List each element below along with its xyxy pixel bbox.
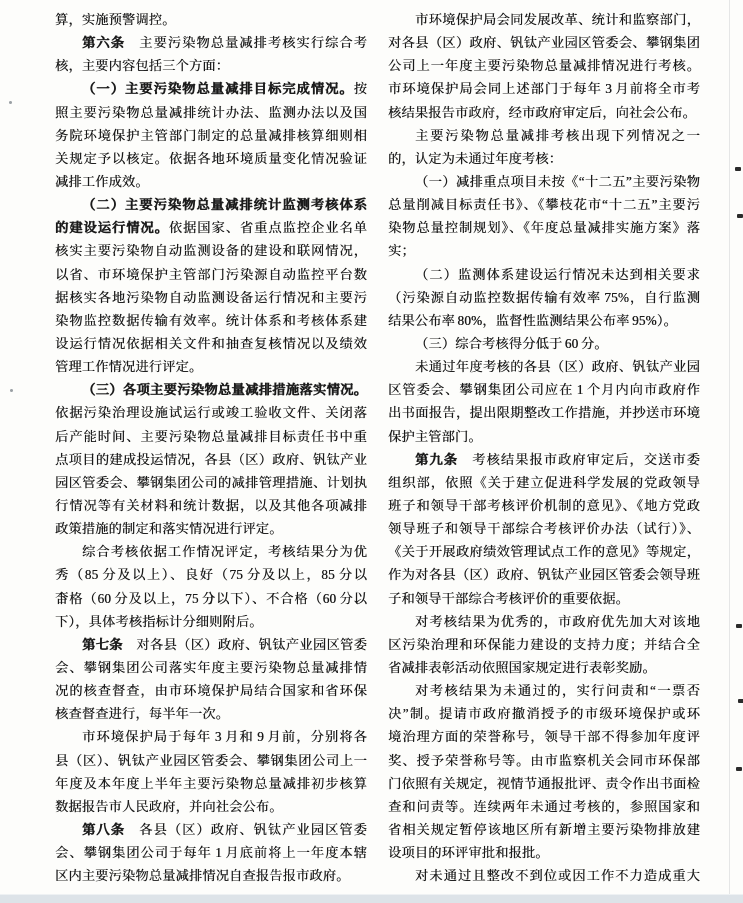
body-text: （二）监测体系建设运行情况未达到相关要求	[415, 267, 700, 282]
body-text: 组织部，依照《关于建立促进科学发展的党政领导	[388, 475, 700, 490]
body-text: 县（区）、钒钛产业园区管委会、攀钢集团公司上一	[55, 753, 367, 768]
text-line: 年度及本年度上半年主要污染物总量减排初步核算	[55, 772, 367, 795]
body-text: 务院环境保护主管部门制定的总量减排核算细则相	[55, 128, 367, 143]
text-line: 作为对各县（区）政府、钒钛产业园区管委会领导班	[388, 563, 700, 586]
bold-text: 的建设运行情况。	[55, 220, 169, 235]
text-line: 点项目的建成投运情况，各县（区）政府、钒钛产业	[55, 448, 367, 471]
body-text: 区污染治理和环保能力建设的支持力度；并结合全	[388, 637, 700, 652]
body-text: 综合考核依据工作情况评定，考核结果分为优	[82, 544, 367, 559]
text-line: 据核实各地污染物自动监测设备运行情况和主要污	[55, 286, 367, 309]
body-text: 子和领导干部综合考核评价的重要依据。	[388, 591, 629, 606]
body-text: 算，实施预警调控。	[55, 12, 176, 27]
text-line: 实；	[388, 239, 700, 262]
text-line: 区污染治理和环保能力建设的支持力度；并结合全	[388, 633, 700, 656]
body-text: 主要污染物总量减排考核实行综合考	[125, 35, 367, 50]
body-text: 查和问责等。连续两年未通过考核的，参照国家和	[388, 799, 700, 814]
text-line: 核结果报告市政府，经市政府审定后，向社会公布。	[388, 101, 700, 124]
body-text: 关规定予以核定。依据各地环境质量变化情况验证	[55, 151, 367, 166]
document-page: 算，实施预警调控。第六条 主要污染物总量减排考核实行综合考核，主要内容包括三个方…	[0, 0, 743, 903]
body-text: 各县（区）政府、钒钛产业园区管委	[125, 822, 367, 837]
scan-speck	[10, 389, 13, 392]
body-text: 按	[354, 81, 367, 96]
text-line: 未通过年度考核的各县（区）政府、钒钛产业园	[388, 355, 700, 378]
body-text: 会、攀钢集团公司于每年 1 月底前将上一年度本辖	[55, 845, 367, 860]
text-line: 对未通过且整改不到位或因工作不力造成重大	[388, 864, 700, 887]
body-text: 政策措施的制定和落实情况进行评定。	[55, 521, 283, 536]
body-text: 作为对各县（区）政府、钒钛产业园区管委会领导班	[388, 567, 700, 582]
text-line: 市环境保护局会同上述部门于每年 3 月前将全市考	[388, 77, 700, 100]
body-text: 下），具体考核指标计分细则附后。	[55, 614, 263, 629]
body-text: 结果公布率 80%，监督性监测结果公布率 95%）。	[388, 313, 677, 328]
text-line: 依据污染治理设施试运行或竣工验收文件、关闭落	[55, 401, 367, 424]
body-text: 核结果报告市政府，经市政府审定后，向社会公布。	[388, 105, 696, 120]
text-line: 省减排表彰活动依照国家规定进行表彰奖励。	[388, 656, 700, 679]
body-text: 实；	[388, 243, 415, 258]
text-column-left: 算，实施预警调控。第六条 主要污染物总量减排考核实行综合考核，主要内容包括三个方…	[55, 8, 367, 887]
text-line: 对考核结果为未通过的，实行问责和“一票否	[388, 679, 700, 702]
body-text: 况的核查督查，由市环境保护局结合国家和省环保	[55, 683, 367, 698]
body-text: （一）减排重点项目未按《“十二五”主要污染物	[415, 174, 700, 189]
text-line: 减排工作成效。	[55, 170, 367, 193]
scan-edge-line	[729, 0, 730, 903]
text-line: 政策措施的制定和落实情况进行评定。	[55, 517, 367, 540]
text-line: （三）综合考核得分低于 60 分。	[388, 332, 700, 355]
text-line: （二）主要污染物总量减排统计监测考核体系	[55, 193, 367, 216]
text-line: 公司上一年度主要污染物总量减排情况进行考核。	[388, 54, 700, 77]
text-line: 第八条 各县（区）政府、钒钛产业园区管委	[55, 818, 367, 841]
text-line: 组织部，依照《关于建立促进科学发展的党政领导	[388, 471, 700, 494]
bold-text: 第九条	[415, 452, 458, 467]
bold-text: （三）各项主要污染物总量减排措施落实情况。	[82, 382, 367, 397]
text-line: 核实主要污染物自动监测设备的建设和联网情况，	[55, 239, 367, 262]
body-text: 对各县（区）政府、钒钛产业园区管委	[123, 637, 367, 652]
body-text: 设运行情况依据相关文件和抽查复核情况以及绩效	[55, 336, 367, 351]
body-text: （三）综合考核得分低于 60 分。	[415, 336, 608, 351]
body-text: 核查督查进行，每半年一次。	[55, 706, 229, 721]
text-line: 以省、市环境保护主管部门污染源自动监控平台数	[55, 263, 367, 286]
text-line: 会、攀钢集团公司落实年度主要污染物总量减排情	[55, 656, 367, 679]
text-line: 第九条 考核结果报市政府审定后，交送市委	[388, 448, 700, 471]
bold-text: 第八条	[82, 822, 125, 837]
body-text: 省减排表彰活动依照国家规定进行表彰奖励。	[388, 660, 656, 675]
body-text: （污染源自动监控数据传输有效率 75%，自行监测	[388, 290, 700, 305]
body-text: 照主要污染物总量减排统计办法、监测办法以及国	[55, 105, 367, 120]
body-text: 减排工作成效。	[55, 174, 149, 189]
body-text: 染物总量控制规划》、《年度总量减排实施方案》落	[388, 220, 700, 235]
text-line: 务院环境保护主管部门制定的总量减排核算细则相	[55, 124, 367, 147]
body-text: 对未通过且整改不到位或因工作不力造成重大	[415, 868, 700, 883]
body-text: 公司上一年度主要污染物总量减排情况进行考核。	[388, 58, 700, 73]
body-text: 会、攀钢集团公司落实年度主要污染物总量减排情	[55, 660, 367, 675]
text-line: 的建设运行情况。依据国家、省重点监控企业名单	[55, 216, 367, 239]
scan-mark	[735, 167, 741, 171]
text-column-right: 市环境保护局会同发展改革、统计和监察部门，对各县（区）政府、钒钛产业园区管委会、…	[388, 8, 700, 887]
body-text: 核，主要内容包括三个方面：	[55, 58, 229, 73]
body-text: 对各县（区）政府、钒钛产业园区管委会、攀钢集团	[388, 35, 700, 50]
text-line: 后产能时间、主要污染物总量减排目标责任书中重	[55, 425, 367, 448]
text-line: 主要污染物总量减排考核出现下列情况之一	[388, 124, 700, 147]
text-line: 秀（85 分及以上）、良好（75 分及以上，85 分以下）、	[55, 563, 367, 586]
body-text: 出书面报告，提出限期整改工作措施，并抄送市环境	[388, 405, 700, 420]
body-text: 年度及本年度上半年主要污染物总量减排初步核算	[55, 776, 367, 791]
text-line: 园区管委会、攀钢集团公司的减排管理措施、计划执	[55, 471, 367, 494]
text-line: 照主要污染物总量减排统计办法、监测办法以及国	[55, 101, 367, 124]
scan-mark	[736, 624, 742, 628]
text-line: 下），具体考核指标计分细则附后。	[55, 610, 367, 633]
text-line: 染物总量控制规划》、《年度总量减排实施方案》落	[388, 216, 700, 239]
scan-mark	[736, 767, 742, 771]
text-line: 区内主要污染物总量减排情况自查报告报市政府。	[55, 864, 367, 887]
text-line: 核，主要内容包括三个方面：	[55, 54, 367, 77]
scan-mark	[737, 214, 743, 218]
body-text: 决”制。提请市政府撤消授予的市级环境保护或环	[388, 706, 700, 721]
bold-text: 第六条	[82, 35, 125, 50]
text-line: 区管委会、攀钢集团公司应在 1 个月内向市政府作	[388, 378, 700, 401]
body-text: 对考核结果为优秀的，市政府优先加大对该地	[415, 614, 700, 629]
text-line: （二）监测体系建设运行情况未达到相关要求	[388, 263, 700, 286]
text-line: 总量削减目标责任书》、《攀枝花市“十二五”主要污	[388, 193, 700, 216]
text-line: 行情况等有关材料和统计数据，以及其他各项减排	[55, 494, 367, 517]
text-line: 子和领导干部综合考核评价的重要依据。	[388, 587, 700, 610]
text-line: 的，认定为未通过年度考核：	[388, 147, 700, 170]
body-text: 以省、市环境保护主管部门污染源自动监控平台数	[55, 267, 367, 282]
text-line: 班子和领导干部考核评价机制的意见》、《地方党政	[388, 494, 700, 517]
text-line: （三）各项主要污染物总量减排措施落实情况。	[55, 378, 367, 401]
text-line: 对各县（区）政府、钒钛产业园区管委会、攀钢集团	[388, 31, 700, 54]
text-line: 合格（60 分及以上，75 分以下）、不合格（60 分以	[55, 587, 367, 610]
body-text: 班子和领导干部考核评价机制的意见》、《地方党政	[388, 498, 700, 513]
text-line: 关规定予以核定。依据各地环境质量变化情况验证	[55, 147, 367, 170]
text-line: 核查督查进行，每半年一次。	[55, 702, 367, 725]
scan-speck	[9, 101, 12, 104]
body-text: 领导班子和领导干部综合考核评价办法（试行）》、	[388, 521, 700, 536]
bold-text: （二）主要污染物总量减排统计监测考核体系	[82, 197, 367, 212]
text-line: 县（区）、钒钛产业园区管委会、攀钢集团公司上一	[55, 749, 367, 772]
text-line: （污染源自动监控数据传输有效率 75%，自行监测	[388, 286, 700, 309]
body-text: 对考核结果为未通过的，实行问责和“一票否	[415, 683, 700, 698]
text-line: 领导班子和领导干部综合考核评价办法（试行）》、	[388, 517, 700, 540]
body-text: 区管委会、攀钢集团公司应在 1 个月内向市政府作	[388, 382, 700, 397]
body-text: 市环境保护局于每年 3 月和 9 月前，分别将各	[82, 729, 367, 744]
body-text: 未通过年度考核的各县（区）政府、钒钛产业园	[415, 359, 700, 374]
text-line: 况的核查督查，由市环境保护局结合国家和省环保	[55, 679, 367, 702]
text-line: 境治理方面的荣誉称号，领导干部不得参加年度评	[388, 725, 700, 748]
body-text: 奖、授予荣誉称号等。由市监察机关会同市环保部	[388, 753, 700, 768]
body-text: 市环境保护局会同发展改革、统计和监察部门，	[415, 12, 700, 27]
body-text: 依据国家、省重点监控企业名单	[169, 220, 367, 235]
body-text: 园区管委会、攀钢集团公司的减排管理措施、计划执	[55, 475, 367, 490]
body-text: 总量削减目标责任书》、《攀枝花市“十二五”主要污	[388, 197, 700, 212]
page-bottom-edge	[0, 894, 743, 903]
body-text: 据核实各地污染物自动监测设备运行情况和主要污	[55, 290, 367, 305]
bold-text: （一）主要污染物总量减排目标完成情况。	[82, 81, 354, 96]
body-text: 境治理方面的荣誉称号，领导干部不得参加年度评	[388, 729, 700, 744]
text-line: 综合考核依据工作情况评定，考核结果分为优	[55, 540, 367, 563]
text-line: 查和问责等。连续两年未通过考核的，参照国家和	[388, 795, 700, 818]
text-line: 出书面报告，提出限期整改工作措施，并抄送市环境	[388, 401, 700, 424]
text-line: 第七条 对各县（区）政府、钒钛产业园区管委	[55, 633, 367, 656]
body-text: 考核结果报市政府审定后，交送市委	[458, 452, 700, 467]
body-text: 合格（60 分及以上，75 分以下）、不合格（60 分以	[55, 591, 367, 606]
text-line: 管理工作情况进行评定。	[55, 355, 367, 378]
text-line: 《关于开展政府绩效管理试点工作的意见》等规定，	[388, 540, 700, 563]
text-line: 决”制。提请市政府撤消授予的市级环境保护或环	[388, 702, 700, 725]
body-text: 染物监控数据传输有效率。统计体系和考核体系建	[55, 313, 367, 328]
body-text: 区内主要污染物总量减排情况自查报告报市政府。	[55, 868, 350, 883]
body-text: 门依照有关规定，视情节通报批评、责令作出书面检	[388, 776, 700, 791]
text-line: 染物监控数据传输有效率。统计体系和考核体系建	[55, 309, 367, 332]
scan-mark	[738, 699, 743, 703]
body-text: 行情况等有关材料和统计数据，以及其他各项减排	[55, 498, 367, 513]
text-line: 结果公布率 80%，监督性监测结果公布率 95%）。	[388, 309, 700, 332]
body-text: 主要污染物总量减排考核出现下列情况之一	[415, 128, 700, 143]
body-text: 后产能时间、主要污染物总量减排目标责任书中重	[55, 429, 367, 444]
body-text: 管理工作情况进行评定。	[55, 359, 202, 374]
body-text: 市环境保护局会同上述部门于每年 3 月前将全市考	[388, 81, 700, 96]
body-text: 保护主管部门。	[388, 429, 482, 444]
bold-text: 第七条	[82, 637, 123, 652]
body-text: 设项目的环评审批和报批。	[388, 845, 549, 860]
text-line: 设项目的环评审批和报批。	[388, 841, 700, 864]
text-line: 会、攀钢集团公司于每年 1 月底前将上一年度本辖	[55, 841, 367, 864]
body-text: 《关于开展政府绩效管理试点工作的意见》等规定，	[388, 544, 700, 559]
text-line: 市环境保护局于每年 3 月和 9 月前，分别将各	[55, 725, 367, 748]
text-line: 数据报告市人民政府，并向社会公布。	[55, 795, 367, 818]
body-text: 点项目的建成投运情况，各县（区）政府、钒钛产业	[55, 452, 367, 467]
text-line: （一）减排重点项目未按《“十二五”主要污染物	[388, 170, 700, 193]
text-line: 奖、授予荣誉称号等。由市监察机关会同市环保部	[388, 749, 700, 772]
text-line: 保护主管部门。	[388, 425, 700, 448]
text-line: 设运行情况依据相关文件和抽查复核情况以及绩效	[55, 332, 367, 355]
text-line: 市环境保护局会同发展改革、统计和监察部门，	[388, 8, 700, 31]
body-text: 数据报告市人民政府，并向社会公布。	[55, 799, 283, 814]
body-text: 的，认定为未通过年度考核：	[388, 151, 562, 166]
body-text: 省相关规定暂停该地区所有新增主要污染物排放建	[388, 822, 700, 837]
text-line: 算，实施预警调控。	[55, 8, 367, 31]
body-text: 核实主要污染物自动监测设备的建设和联网情况，	[55, 243, 367, 258]
text-line: （一）主要污染物总量减排目标完成情况。按	[55, 77, 367, 100]
body-text: 依据污染治理设施试运行或竣工验收文件、关闭落	[55, 405, 367, 420]
text-line: 对考核结果为优秀的，市政府优先加大对该地	[388, 610, 700, 633]
text-line: 门依照有关规定，视情节通报批评、责令作出书面检	[388, 772, 700, 795]
text-line: 省相关规定暂停该地区所有新增主要污染物排放建	[388, 818, 700, 841]
text-line: 第六条 主要污染物总量减排考核实行综合考	[55, 31, 367, 54]
